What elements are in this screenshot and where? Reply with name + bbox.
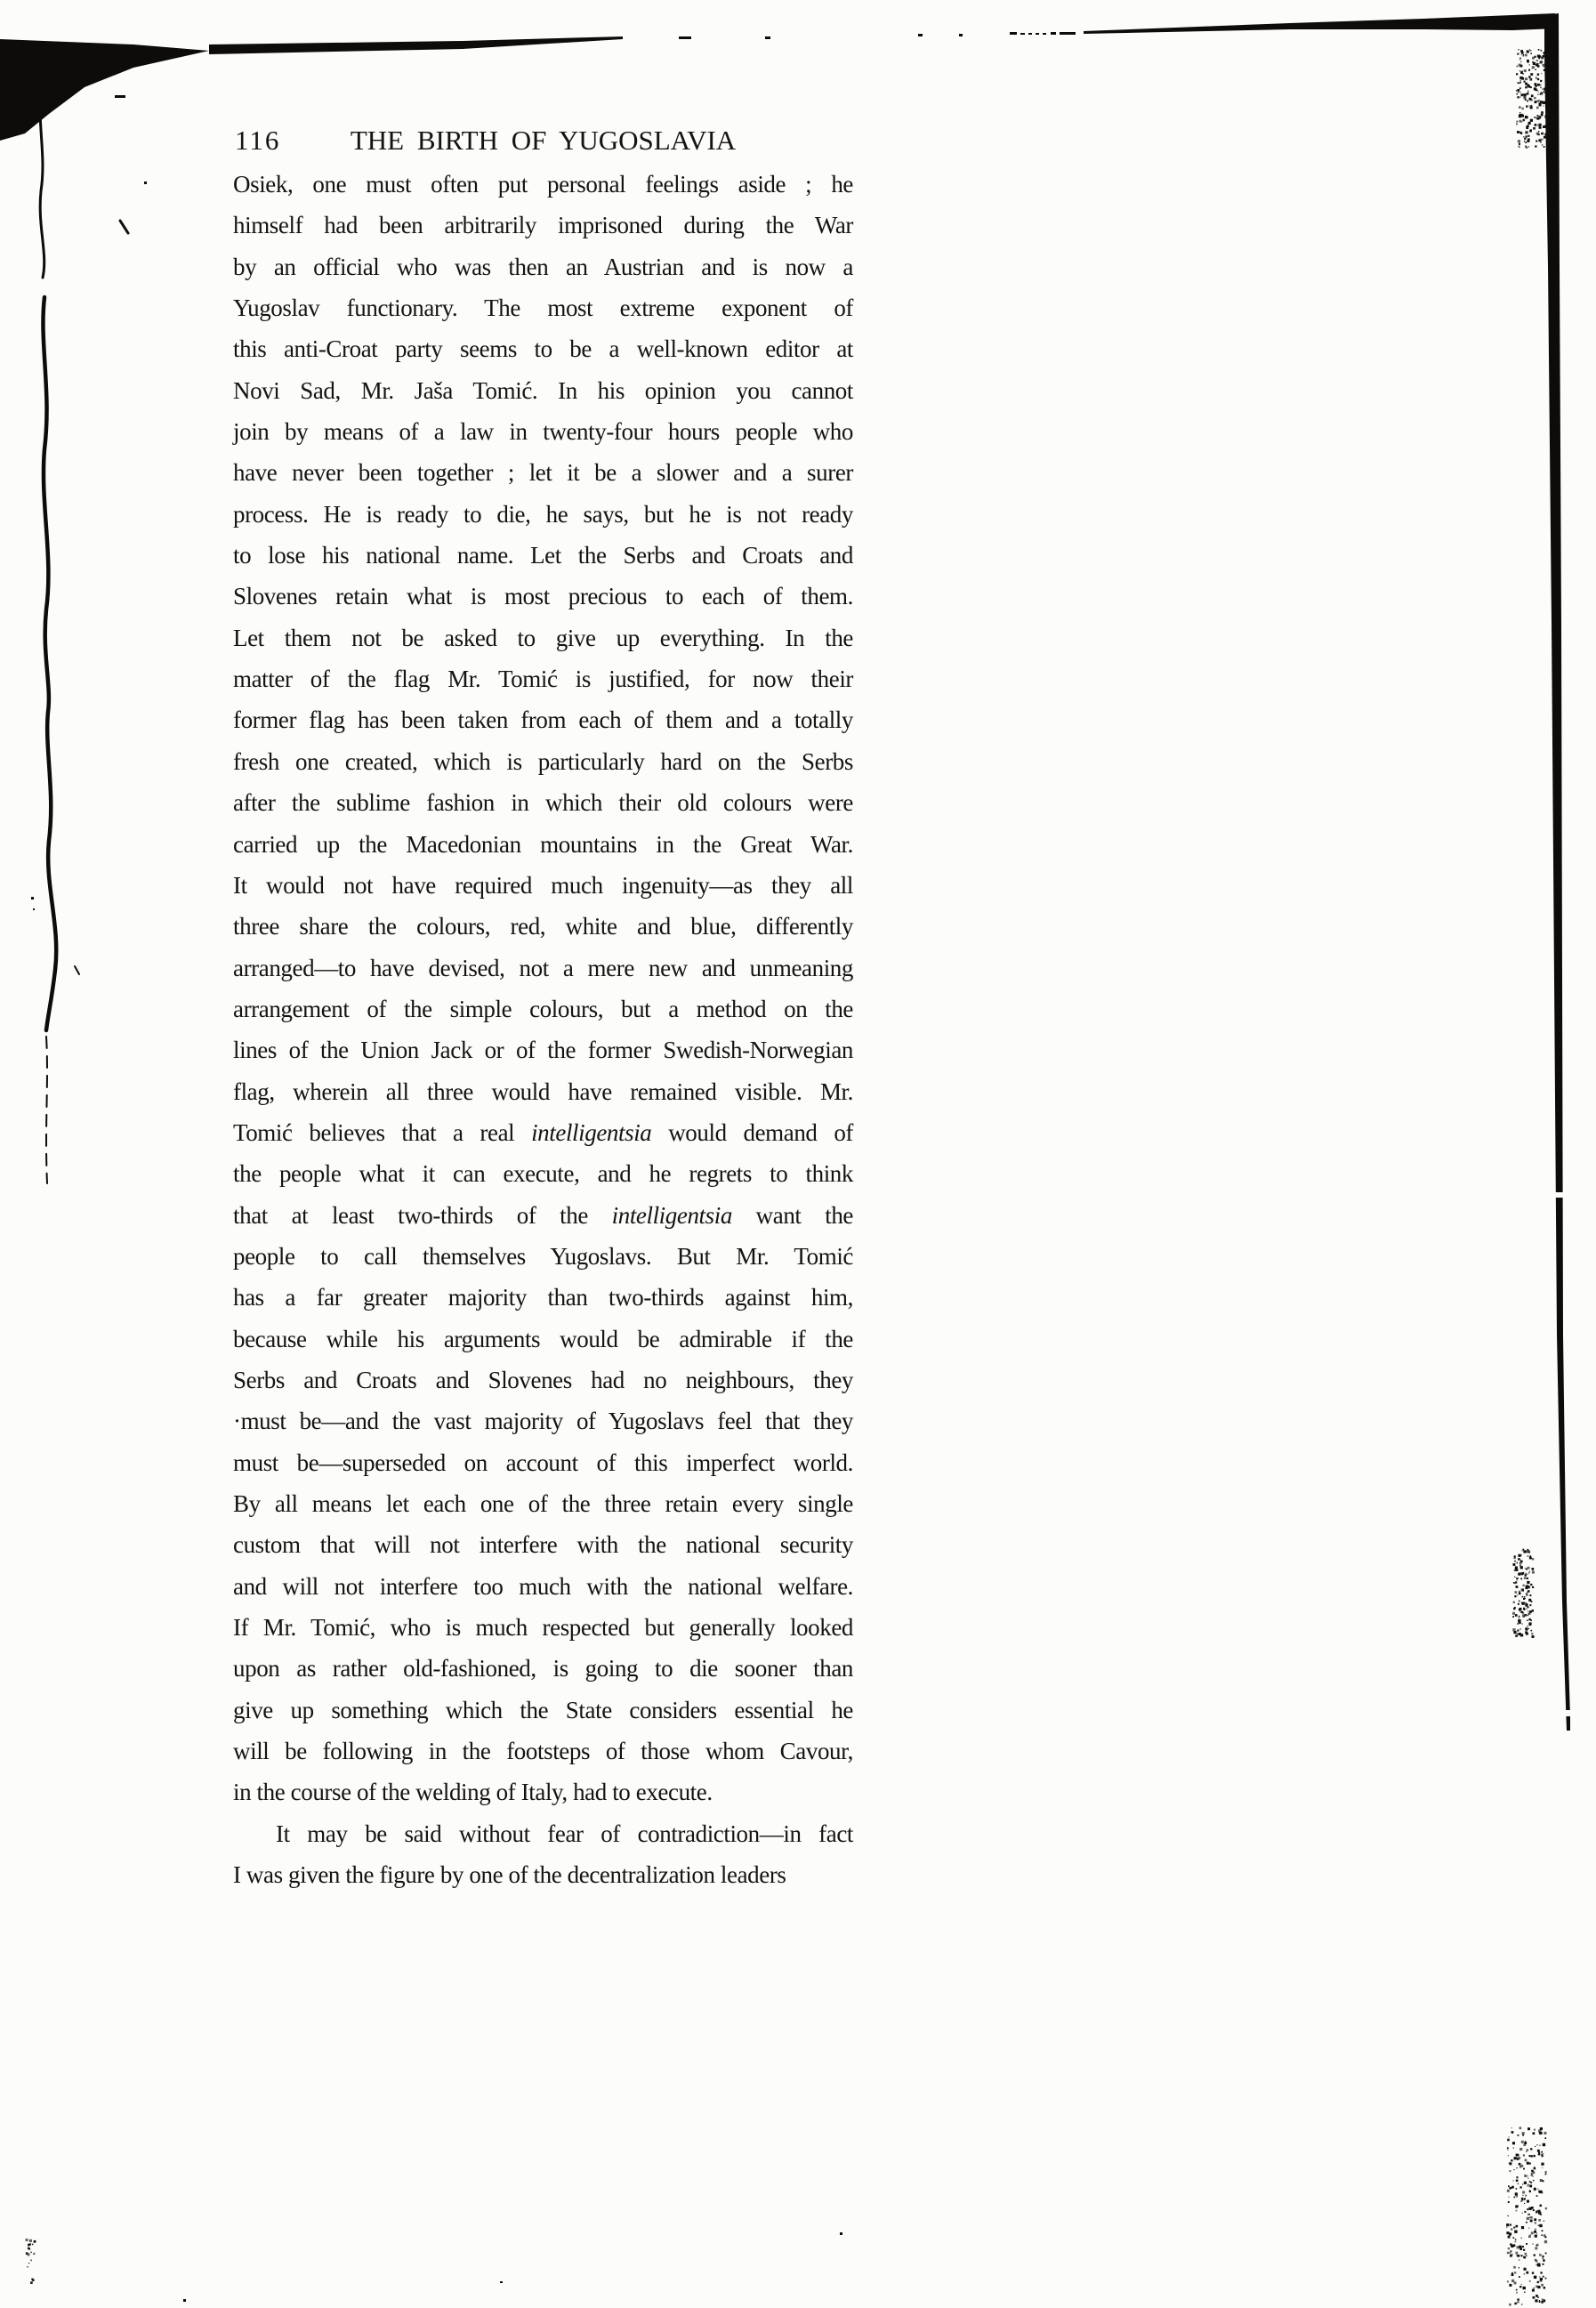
text-line: It would not have required much ingenuit…: [233, 865, 853, 906]
text-line: give up something which the State consid…: [233, 1690, 853, 1731]
text-line: custom that will not interfere with the …: [233, 1524, 853, 1565]
text-line: must be—superseded on account of this im…: [233, 1442, 853, 1483]
scan-top-streak: [209, 36, 623, 54]
text-line: former flag has been taken from each of …: [233, 699, 853, 740]
text-line: Serbs and Croats and Slovenes had no nei…: [233, 1360, 853, 1400]
scan-corner-wedge: [0, 39, 209, 141]
text-line: that at least two-thirds of the intellig…: [233, 1195, 853, 1236]
text-line: because while his arguments would be adm…: [233, 1319, 853, 1360]
running-title: THE BIRTH OF YUGOSLAVIA: [233, 123, 853, 158]
text-line: Slovenes retain what is most precious to…: [233, 576, 853, 617]
text-line: have never been together ; let it be a s…: [233, 452, 853, 493]
text-line: lines of the Union Jack or of the former…: [233, 1029, 853, 1070]
text-line: Osiek, one must often put personal feeli…: [233, 164, 853, 205]
text-line: Yugoslav functionary. The most extreme e…: [233, 287, 853, 328]
text-line: has a far greater majority than two-thir…: [233, 1277, 853, 1318]
text-line: process. He is ready to die, he says, bu…: [233, 494, 853, 535]
scan-left-crease: [43, 297, 56, 1030]
text-line: Let them not be asked to give up everyth…: [233, 617, 853, 658]
text-line: and will not interfere too much with the…: [233, 1566, 853, 1607]
text-line: by an official who was then an Austrian …: [233, 246, 853, 287]
page-header: 116 THE BIRTH OF YUGOSLAVIA: [233, 123, 853, 162]
text-line: join by means of a law in twenty-four ho…: [233, 411, 853, 452]
text-line: upon as rather old-fashioned, is going t…: [233, 1648, 853, 1689]
text-line: It may be said without fear of contradic…: [233, 1813, 853, 1854]
text-line: in the course of the welding of Italy, h…: [233, 1771, 853, 1812]
document-page: 116 THE BIRTH OF YUGOSLAVIA Osiek, one m…: [0, 0, 1596, 2308]
text-line: ·must be—and the vast majority of Yugosl…: [233, 1400, 853, 1441]
body-text: Osiek, one must often put personal feeli…: [233, 164, 853, 1895]
text-line: three share the colours, red, white and …: [233, 906, 853, 947]
text-line: By all means let each one of the three r…: [233, 1483, 853, 1524]
text-line: people to call themselves Yugoslavs. But…: [233, 1236, 853, 1277]
text-line: Tomić believes that a real intelligentsi…: [233, 1112, 853, 1153]
text-line: to lose his national name. Let the Serbs…: [233, 535, 853, 576]
text-line: fresh one created, which is particularly…: [233, 741, 853, 782]
text-line: this anti-Croat party seems to be a well…: [233, 328, 853, 369]
text-line: after the sublime fashion in which their…: [233, 782, 853, 823]
text-line: flag, wherein all three would have remai…: [233, 1071, 853, 1112]
scan-left-crease: [46, 1037, 47, 1183]
text-line: matter of the flag Mr. Tomić is justifie…: [233, 658, 853, 699]
text-line: the people what it can execute, and he r…: [233, 1153, 853, 1194]
scan-left-crease: [40, 89, 44, 278]
text-line: himself had been arbitrarily imprisoned …: [233, 205, 853, 246]
text-line: carried up the Macedonian mountains in t…: [233, 824, 853, 865]
text-line: Novi Sad, Mr. Jaša Tomić. In his opinion…: [233, 370, 853, 411]
text-line: arrangement of the simple colours, but a…: [233, 989, 853, 1029]
scan-right-bar: [1544, 13, 1570, 1731]
text-line: will be following in the footsteps of th…: [233, 1731, 853, 1771]
text-line: If Mr. Tomić, who is much respected but …: [233, 1607, 853, 1648]
text-line: I was given the figure by one of the dec…: [233, 1854, 853, 1895]
scan-top-rule: [1084, 13, 1557, 34]
text-line: arranged—to have devised, not a mere new…: [233, 948, 853, 989]
